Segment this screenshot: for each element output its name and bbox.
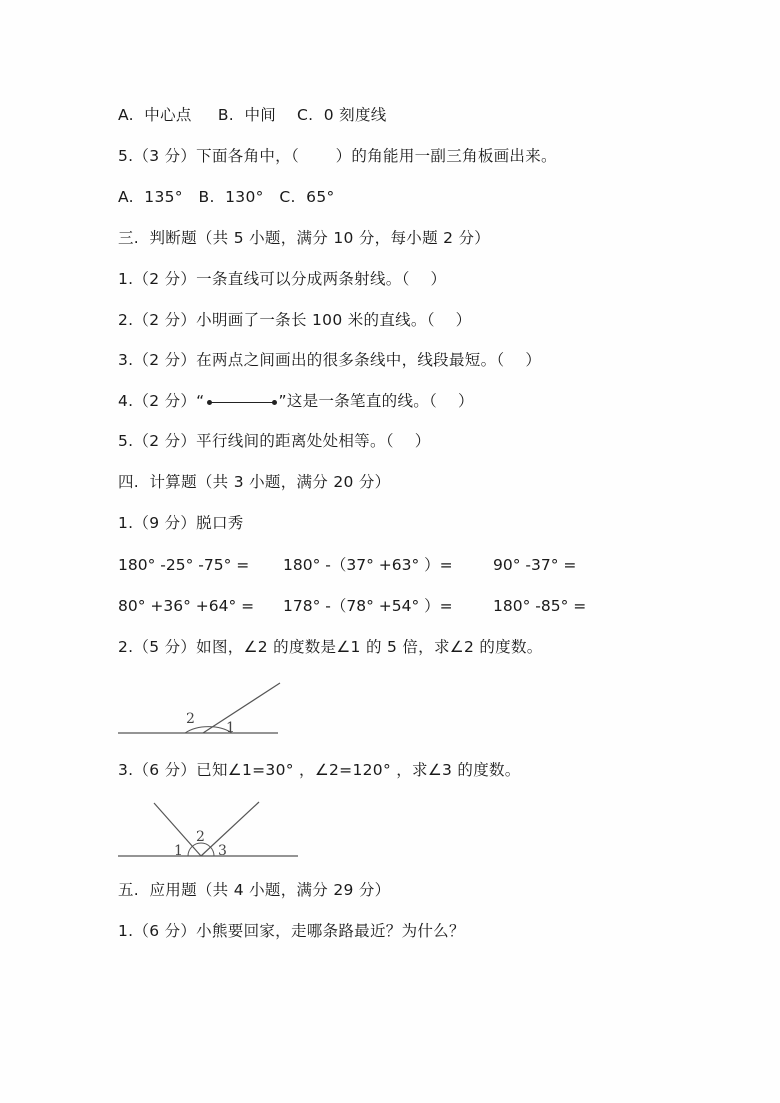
calc-expr: 80° +36° +64° = xyxy=(118,596,254,616)
q4-options: A. 中心点 B. 中间 C. 0 刻度线 xyxy=(118,105,387,125)
calc-expr: 180° -85° = xyxy=(493,596,586,616)
calc-q2: 2.（5 分）如图，∠2 的度数是∠1 的 5 倍，求∠2 的度数。 xyxy=(118,637,543,657)
q5-options: A. 135° B. 130° C. 65° xyxy=(118,187,335,207)
angle-1-label: 1 xyxy=(174,843,183,859)
judge-item-4-suffix: ”这是一条笔直的线。（ ） xyxy=(279,392,474,410)
calc-q1: 1.（9 分）脱口秀 xyxy=(118,513,244,533)
judge-item-3: 3.（2 分）在两点之间画出的很多条线中，线段最短。（ ） xyxy=(118,350,541,370)
calc-q3: 3.（6 分）已知∠1=30° ，∠2=120° ，求∠3 的度数。 xyxy=(118,760,521,780)
angle-figure-1: 2 1 xyxy=(110,675,290,740)
angle-2-label: 2 xyxy=(186,711,195,727)
judge-item-2: 2.（2 分）小明画了一条长 100 米的直线。（ ） xyxy=(118,310,471,330)
angle-2-label: 2 xyxy=(196,829,205,845)
calc-expr: 90° -37° = xyxy=(493,555,576,575)
judge-item-5: 5.（2 分）平行线间的距离处处相等。（ ） xyxy=(118,431,431,451)
angle-figure-2: 2 1 3 xyxy=(110,795,305,865)
judge-item-4: 4.（2 分）“”这是一条笔直的线。（ ） xyxy=(118,391,474,411)
calc-expr: 180° -（37° +63° ）= xyxy=(283,555,453,575)
q5-question: 5.（3 分）下面各角中，（ ）的角能用一副三角板画出来。 xyxy=(118,146,557,166)
calc-expr: 180° -25° -75° = xyxy=(118,555,249,575)
section5-heading: 五. 应用题（共 4 小题，满分 29 分） xyxy=(118,880,390,900)
angle-1-label: 1 xyxy=(226,720,235,736)
line-segment-figure xyxy=(206,397,278,407)
section4-heading: 四. 计算题（共 3 小题，满分 20 分） xyxy=(118,472,390,492)
calc-expr: 178° -（78° +54° ）= xyxy=(283,596,453,616)
angle-3-label: 3 xyxy=(218,843,227,859)
judge-item-1: 1.（2 分）一条直线可以分成两条射线。（ ） xyxy=(118,269,446,289)
judge-item-4-prefix: 4.（2 分）“ xyxy=(118,392,205,410)
app-q1: 1.（6 分）小熊要回家，走哪条路最近？为什么？ xyxy=(118,921,465,941)
section3-heading: 三. 判断题（共 5 小题，满分 10 分，每小题 2 分） xyxy=(118,228,490,248)
